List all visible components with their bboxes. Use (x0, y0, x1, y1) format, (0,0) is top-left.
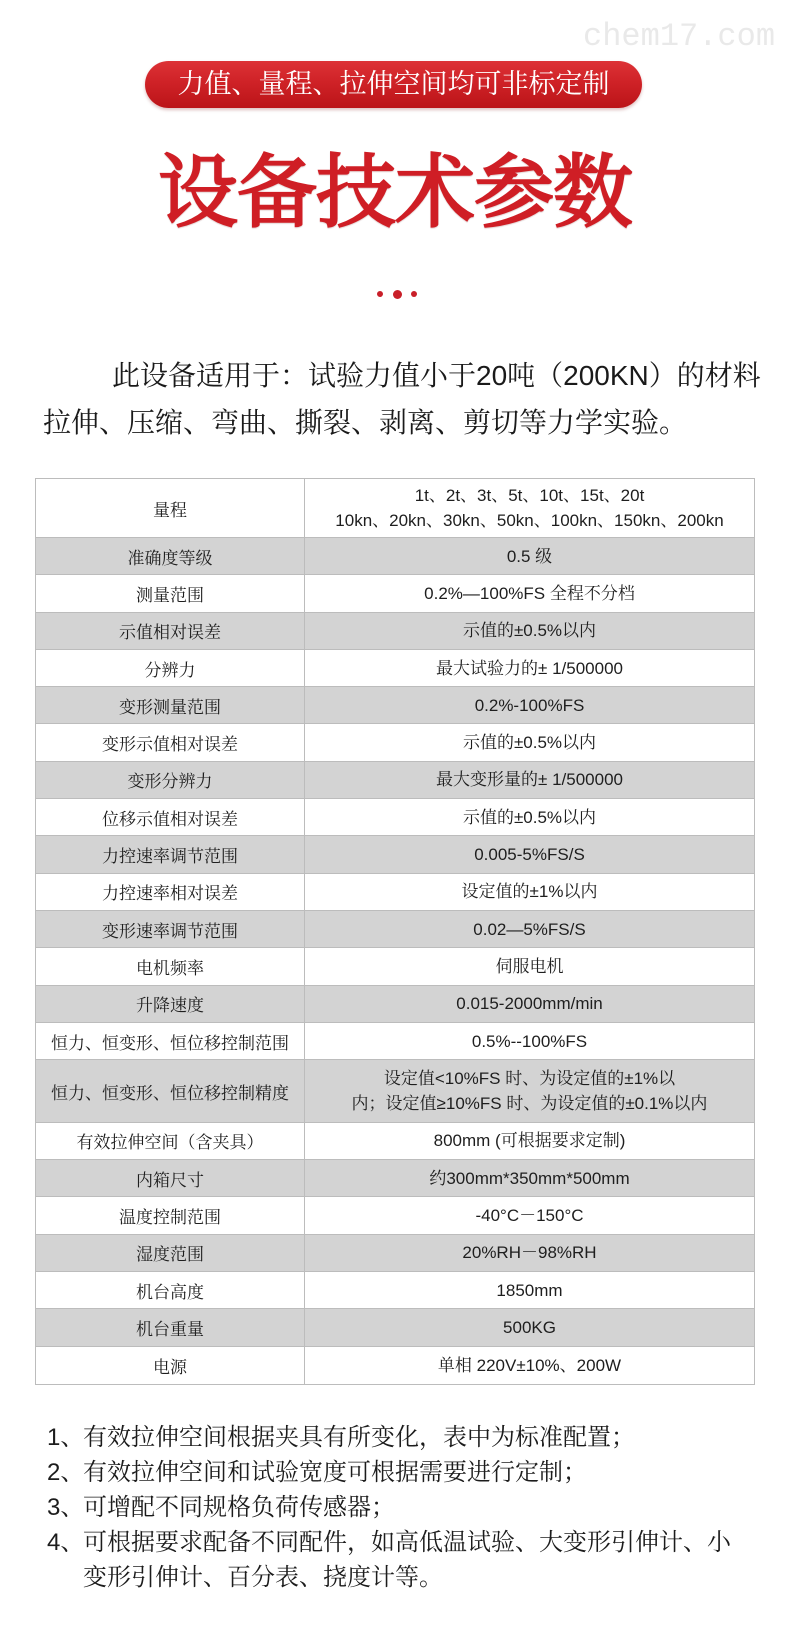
param-value: 示值的±0.5%以内 (463, 730, 596, 755)
dot-icon (411, 291, 417, 297)
table-row: 位移示值相对误差 示值的±0.5%以内 (36, 799, 754, 836)
table-row: 变形测量范围 0.2%-100%FS (36, 687, 754, 724)
table-row: 变形分辨力 最大变形量的± 1/500000 (36, 762, 754, 799)
param-name-cell: 准确度等级 (36, 538, 305, 574)
param-value-cell: 示值的±0.5%以内 (305, 613, 754, 649)
param-value: 设定值<10%FS 时、为设定值的±1%以 (384, 1066, 675, 1091)
param-name-cell: 升降速度 (36, 986, 305, 1022)
param-value-cell: 0.5 级 (305, 538, 754, 574)
spec-table: 量程 1t、2t、3t、5t、10t、15t、20t 10kn、20kn、30k… (35, 478, 755, 1385)
note-line: 有效拉伸空间根据夹具有所变化，表中为标准配置； (83, 1420, 635, 1455)
param-value: 最大试验力的± 1/500000 (436, 656, 623, 681)
param-name-cell: 变形示值相对误差 (36, 724, 305, 760)
param-name-cell: 示值相对误差 (36, 613, 305, 649)
param-value: 20%RH－98%RH (462, 1240, 596, 1265)
param-name: 电源 (153, 1353, 187, 1378)
table-row: 变形示值相对误差 示值的±0.5%以内 (36, 724, 754, 761)
table-row: 电源 单相 220V±10%、200W (36, 1347, 754, 1384)
param-value: 示值的±0.5%以内 (463, 618, 596, 643)
param-value: 800mm (可根据要求定制) (434, 1128, 626, 1153)
param-name: 机台重量 (136, 1315, 204, 1340)
note-line: 可增配不同规格负荷传感器； (83, 1490, 395, 1525)
param-name: 有效拉伸空间（含夹具） (77, 1128, 264, 1153)
table-row: 恒力、恒变形、恒位移控制精度 设定值<10%FS 时、为设定值的±1%以 内；设… (36, 1060, 754, 1123)
note-line: 有效拉伸空间和试验宽度可根据需要进行定制； (83, 1455, 587, 1490)
note-text: 可增配不同规格负荷传感器； (83, 1490, 395, 1525)
table-row: 湿度范围 20%RH－98%RH (36, 1235, 754, 1272)
param-value-cell: 设定值的±1%以内 (305, 874, 754, 910)
param-name-cell: 变形分辨力 (36, 762, 305, 798)
table-row: 力控速率相对误差 设定值的±1%以内 (36, 874, 754, 911)
param-value: 约300mm*350mm*500mm (429, 1166, 629, 1191)
param-value-cell: 伺服电机 (305, 948, 754, 984)
table-row: 量程 1t、2t、3t、5t、10t、15t、20t 10kn、20kn、30k… (36, 479, 754, 538)
param-value-cell: 800mm (可根据要求定制) (305, 1123, 754, 1159)
param-value-cell: 1t、2t、3t、5t、10t、15t、20t 10kn、20kn、30kn、5… (305, 479, 754, 537)
param-value-cell: 20%RH－98%RH (305, 1235, 754, 1271)
param-value: 0.5 级 (507, 544, 552, 569)
param-name-cell: 机台重量 (36, 1309, 305, 1345)
table-row: 恒力、恒变形、恒位移控制范围 0.5%--100%FS (36, 1023, 754, 1060)
param-value: 1t、2t、3t、5t、10t、15t、20t (415, 483, 645, 508)
param-name-cell: 力控速率相对误差 (36, 874, 305, 910)
intro-paragraph: 此设备适用于：试验力值小于20吨（200KN）的材料 拉伸、压缩、弯曲、撕裂、剥… (43, 352, 783, 446)
param-value: -40°C－150°C (475, 1203, 583, 1228)
param-name-cell: 力控速率调节范围 (36, 836, 305, 872)
customization-banner: 力值、量程、拉伸空间均可非标定制 (145, 61, 642, 108)
table-row: 力控速率调节范围 0.005-5%FS/S (36, 836, 754, 873)
param-value-cell: 1850mm (305, 1272, 754, 1308)
table-row: 分辨力 最大试验力的± 1/500000 (36, 650, 754, 687)
note-line: 变形引伸计、百分表、挠度计等。 (83, 1560, 731, 1595)
table-row: 机台重量 500KG (36, 1309, 754, 1346)
param-name: 内箱尺寸 (136, 1166, 204, 1191)
param-name-cell: 有效拉伸空间（含夹具） (36, 1123, 305, 1159)
note-text: 有效拉伸空间根据夹具有所变化，表中为标准配置； (83, 1420, 635, 1455)
param-name-cell: 量程 (36, 479, 305, 537)
param-value: 1850mm (496, 1278, 562, 1303)
banner-label: 力值、量程、拉伸空间均可非标定制 (178, 69, 610, 99)
param-value-cell: 0.015-2000mm/min (305, 986, 754, 1022)
note-item: 2、 有效拉伸空间和试验宽度可根据需要进行定制； (47, 1455, 767, 1490)
param-value: 单相 220V±10%、200W (438, 1353, 621, 1378)
table-row: 内箱尺寸 约300mm*350mm*500mm (36, 1160, 754, 1197)
param-name: 量程 (153, 496, 187, 521)
param-value: 0.015-2000mm/min (456, 991, 602, 1016)
param-value: 设定值的±1%以内 (462, 879, 598, 904)
param-value: 最大变形量的± 1/500000 (436, 767, 623, 792)
param-name: 变形速率调节范围 (102, 917, 238, 942)
note-number: 2、 (47, 1455, 83, 1490)
param-name-cell: 变形测量范围 (36, 687, 305, 723)
param-name: 升降速度 (136, 991, 204, 1016)
param-value-cell: 最大试验力的± 1/500000 (305, 650, 754, 686)
param-value-cell: 0.2%-100%FS (305, 687, 754, 723)
param-name-cell: 电机频率 (36, 948, 305, 984)
param-name: 恒力、恒变形、恒位移控制范围 (51, 1029, 289, 1054)
param-name-cell: 变形速率调节范围 (36, 911, 305, 947)
note-text: 有效拉伸空间和试验宽度可根据需要进行定制； (83, 1455, 587, 1490)
param-value: 0.2%-100%FS (475, 693, 585, 718)
param-name-cell: 湿度范围 (36, 1235, 305, 1271)
param-name: 恒力、恒变形、恒位移控制精度 (51, 1079, 289, 1104)
param-value: 伺服电机 (496, 954, 564, 979)
param-name: 湿度范围 (136, 1240, 204, 1265)
dot-icon (393, 290, 402, 299)
param-value-cell: 设定值<10%FS 时、为设定值的±1%以 内；设定值≥10%FS 时、为设定值… (305, 1060, 754, 1122)
note-line: 可根据要求配备不同配件，如高低温试验、大变形引伸计、小 (83, 1525, 731, 1560)
param-name: 机台高度 (136, 1278, 204, 1303)
param-name-cell: 电源 (36, 1347, 305, 1384)
param-name: 准确度等级 (128, 544, 213, 569)
param-name: 力控速率调节范围 (102, 842, 238, 867)
param-value: 0.005-5%FS/S (474, 842, 585, 867)
param-value-cell: 0.02—5%FS/S (305, 911, 754, 947)
param-name: 变形分辨力 (128, 767, 213, 792)
param-value-cell: 示值的±0.5%以内 (305, 799, 754, 835)
param-value-cell: 示值的±0.5%以内 (305, 724, 754, 760)
param-name: 温度控制范围 (119, 1203, 221, 1228)
note-number: 1、 (47, 1420, 83, 1455)
param-name: 位移示值相对误差 (102, 805, 238, 830)
param-name-cell: 位移示值相对误差 (36, 799, 305, 835)
table-row: 变形速率调节范围 0.02—5%FS/S (36, 911, 754, 948)
intro-line: 拉伸、压缩、弯曲、撕裂、剥离、剪切等力学实验。 (43, 399, 783, 446)
table-row: 机台高度 1850mm (36, 1272, 754, 1309)
param-name-cell: 内箱尺寸 (36, 1160, 305, 1196)
param-name-cell: 分辨力 (36, 650, 305, 686)
param-value-cell: 单相 220V±10%、200W (305, 1347, 754, 1384)
note-number: 3、 (47, 1490, 83, 1525)
param-value: 内；设定值≥10%FS 时、为设定值的±0.1%以内 (352, 1091, 708, 1116)
param-value: 500KG (503, 1315, 556, 1340)
note-text: 可根据要求配备不同配件，如高低温试验、大变形引伸计、小 变形引伸计、百分表、挠度… (83, 1525, 731, 1595)
param-value: 10kn、20kn、30kn、50kn、100kn、150kn、200kn (335, 508, 723, 533)
table-row: 温度控制范围 -40°C－150°C (36, 1197, 754, 1234)
param-name-cell: 恒力、恒变形、恒位移控制范围 (36, 1023, 305, 1059)
note-item: 4、 可根据要求配备不同配件，如高低温试验、大变形引伸计、小 变形引伸计、百分表… (47, 1525, 767, 1595)
param-value-cell: 0.5%--100%FS (305, 1023, 754, 1059)
note-number: 4、 (47, 1525, 83, 1595)
table-row: 电机频率 伺服电机 (36, 948, 754, 985)
param-name: 力控速率相对误差 (102, 879, 238, 904)
notes-list: 1、 有效拉伸空间根据夹具有所变化，表中为标准配置； 2、 有效拉伸空间和试验宽… (47, 1420, 767, 1595)
param-value: 0.2%—100%FS 全程不分档 (424, 581, 635, 606)
param-value-cell: 0.2%—100%FS 全程不分档 (305, 575, 754, 611)
note-item: 3、 可增配不同规格负荷传感器； (47, 1490, 767, 1525)
note-item: 1、 有效拉伸空间根据夹具有所变化，表中为标准配置； (47, 1420, 767, 1455)
intro-line: 此设备适用于：试验力值小于20吨（200KN）的材料 (43, 352, 783, 399)
param-value-cell: 最大变形量的± 1/500000 (305, 762, 754, 798)
param-value-cell: 500KG (305, 1309, 754, 1345)
param-name: 变形示值相对误差 (102, 730, 238, 755)
watermark: chem17.com (583, 21, 775, 53)
param-value-cell: 0.005-5%FS/S (305, 836, 754, 872)
param-name-cell: 机台高度 (36, 1272, 305, 1308)
param-name: 分辨力 (145, 656, 196, 681)
param-name: 示值相对误差 (119, 618, 221, 643)
param-name: 变形测量范围 (119, 693, 221, 718)
page-title: 设备技术参数 (0, 153, 790, 233)
dot-icon (377, 291, 383, 297)
table-row: 示值相对误差 示值的±0.5%以内 (36, 613, 754, 650)
param-value: 0.5%--100%FS (472, 1029, 587, 1054)
param-value: 0.02—5%FS/S (473, 917, 585, 942)
param-name-cell: 恒力、恒变形、恒位移控制精度 (36, 1060, 305, 1122)
table-row: 测量范围 0.2%—100%FS 全程不分档 (36, 575, 754, 612)
param-name-cell: 测量范围 (36, 575, 305, 611)
table-row: 有效拉伸空间（含夹具） 800mm (可根据要求定制) (36, 1123, 754, 1160)
param-name: 电机频率 (136, 954, 204, 979)
param-value-cell: 约300mm*350mm*500mm (305, 1160, 754, 1196)
param-name: 测量范围 (136, 581, 204, 606)
table-row: 准确度等级 0.5 级 (36, 538, 754, 575)
param-value: 示值的±0.5%以内 (463, 805, 596, 830)
param-value-cell: -40°C－150°C (305, 1197, 754, 1233)
param-name-cell: 温度控制范围 (36, 1197, 305, 1233)
table-row: 升降速度 0.015-2000mm/min (36, 986, 754, 1023)
